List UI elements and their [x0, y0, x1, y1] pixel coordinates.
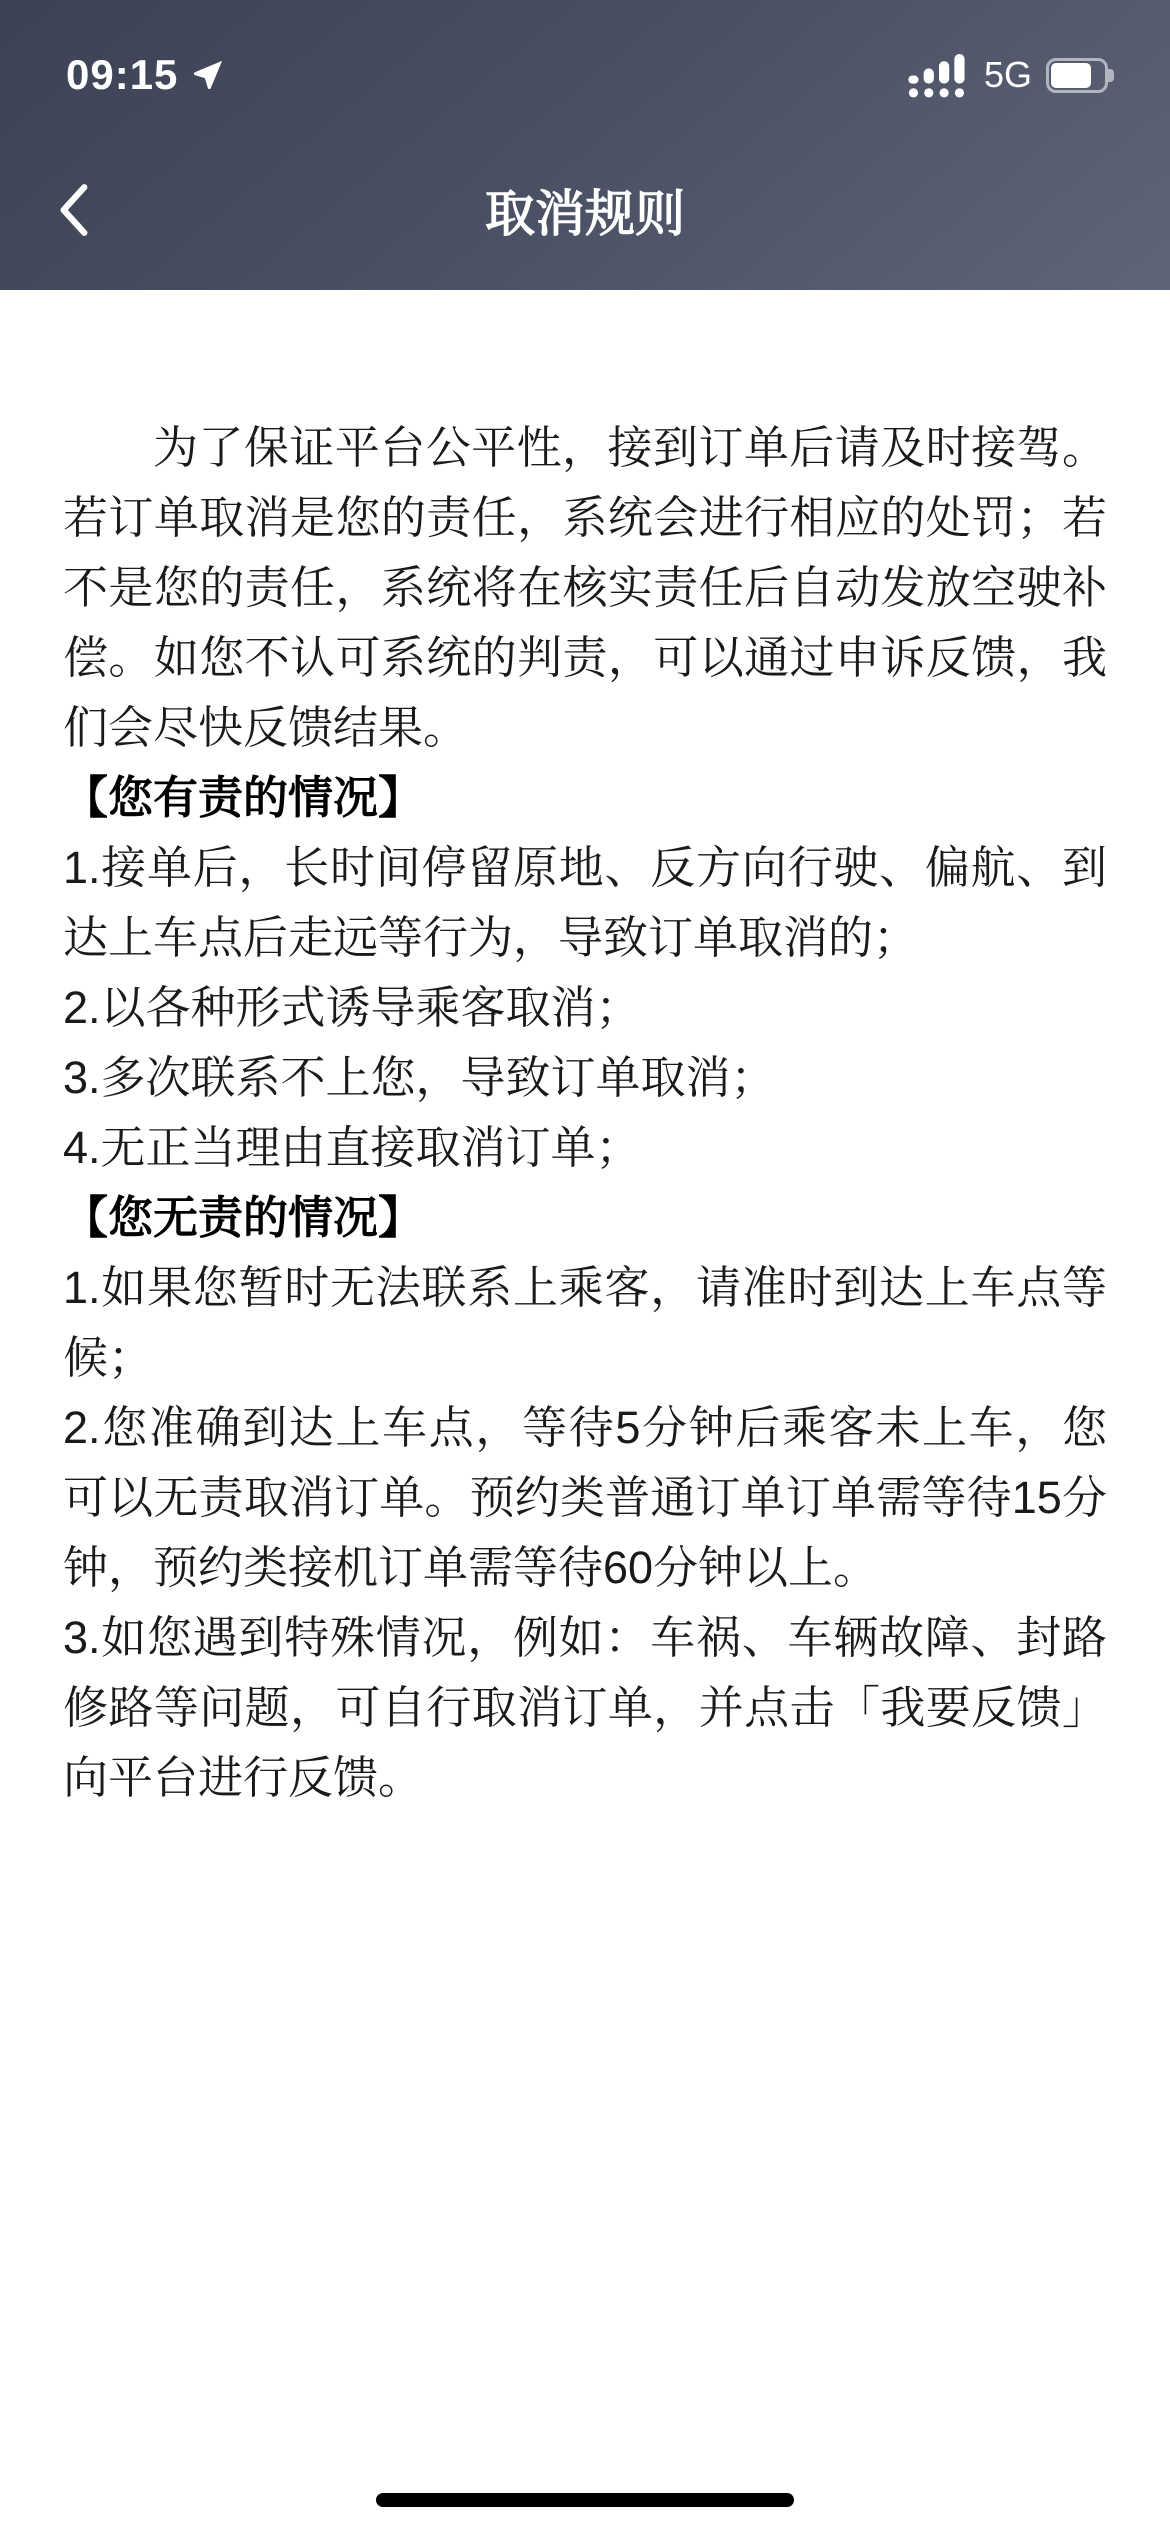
header: 09:15: [0, 0, 1170, 290]
home-indicator[interactable]: [376, 2493, 794, 2507]
screen: 09:15: [0, 0, 1170, 2532]
clock-time: 09:15: [66, 51, 178, 99]
status-bar-right: 5G: [908, 53, 1114, 98]
rules-content: 为了保证平台公平性，接到订单后请及时接驾。若订单取消是您的责任，系统会进行相应的…: [0, 290, 1170, 1813]
section-title-driver-not-at-fault: 【您无责的情况】: [63, 1183, 1107, 1253]
rule-item: 3.如您遇到特殊情况，例如：车祸、车辆故障、封路修路等问题，可自行取消订单，并点…: [63, 1603, 1107, 1813]
location-arrow-icon: [190, 57, 226, 93]
intro-paragraph: 为了保证平台公平性，接到订单后请及时接驾。若订单取消是您的责任，系统会进行相应的…: [63, 413, 1107, 763]
cellular-signal-icon: [908, 53, 970, 98]
battery-nub: [1108, 69, 1114, 82]
status-bar: 09:15: [0, 40, 1170, 110]
battery-icon: [1046, 58, 1114, 93]
chevron-left-icon: [50, 181, 100, 239]
rule-item: 3.多次联系不上您，导致订单取消；: [63, 1043, 1107, 1113]
status-bar-left: 09:15: [66, 51, 226, 99]
rule-item: 1.如果您暂时无法联系上乘客，请准时到达上车点等候；: [63, 1253, 1107, 1393]
back-button[interactable]: [50, 160, 150, 260]
section-title-driver-at-fault: 【您有责的情况】: [63, 763, 1107, 833]
rule-item: 4.无正当理由直接取消订单；: [63, 1113, 1107, 1183]
nav-bar: 取消规则: [0, 130, 1170, 290]
rule-item: 2.您准确到达上车点，等待5分钟后乘客未上车，您可以无责取消订单。预约类普通订单…: [63, 1393, 1107, 1603]
rule-item: 1.接单后，长时间停留原地、反方向行驶、偏航、到达上车点后走远等行为，导致订单取…: [63, 833, 1107, 973]
rule-item: 2.以各种形式诱导乘客取消；: [63, 973, 1107, 1043]
network-type-label: 5G: [984, 54, 1032, 96]
battery-fill: [1051, 63, 1091, 88]
page-title: 取消规则: [485, 174, 685, 246]
